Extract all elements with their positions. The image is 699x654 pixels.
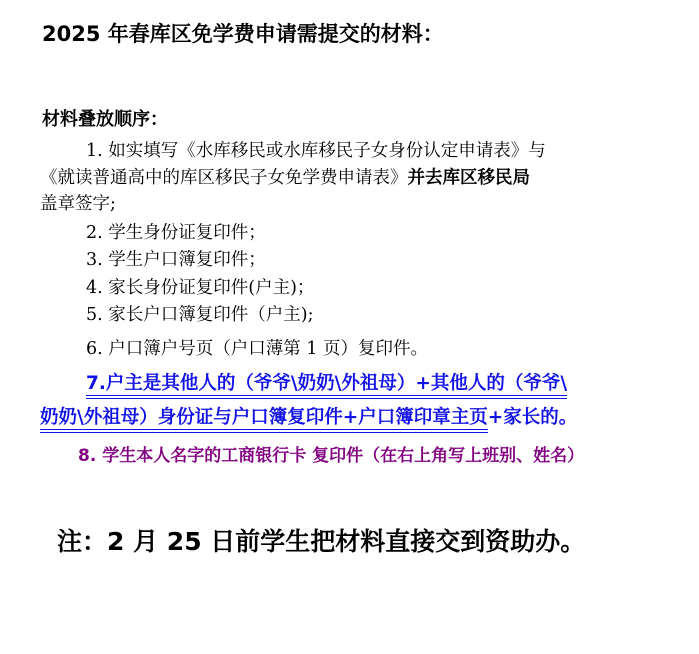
item-7-line-1-underlined: 7.户主是其他人的（爷爷\奶奶\外祖母）+其他人的（爷爷\ xyxy=(86,373,567,399)
stacking-order-heading: 材料叠放顺序： xyxy=(42,105,168,131)
item-2: 2. 学生身份证复印件； xyxy=(86,219,266,244)
item-1-line-2: 《就读普通高中的库区移民子女免学费申请表》并去库区移民局 xyxy=(40,164,530,189)
document-page: 2025 年春库区免学费申请需提交的材料： 材料叠放顺序： 1. 如实填写《水库… xyxy=(0,0,699,654)
item-7-line-1: 7.户主是其他人的（爷爷\奶奶\外祖母）+其他人的（爷爷\ xyxy=(86,369,567,395)
document-title: 2025 年春库区免学费申请需提交的材料： xyxy=(42,18,444,48)
item-5: 5. 家长户口簿复印件（户主); xyxy=(86,301,313,326)
item-1-stamp-note: 并去库区移民局 xyxy=(408,168,531,188)
item-6: 6. 户口簿户号页（户口薄第 1 页）复印件。 xyxy=(86,335,428,360)
item-1-forms: 《就读普通高中的库区移民子女免学费申请表》 xyxy=(40,168,408,188)
item-7-line-2: 奶奶\外祖母）身份证与户口簿复印件+户口簿印章主页+家长的。 xyxy=(40,403,577,429)
item-8: 8. 学生本人名字的工商银行卡 复印件（在右上角写上班别、姓名） xyxy=(78,441,584,466)
item-7-line-2-underlined: 奶奶\外祖母）身份证与户口簿复印件+户口簿印章主页 xyxy=(40,407,488,433)
item-3: 3. 学生户口簿复印件； xyxy=(86,246,266,271)
deadline-note: 注：2 月 25 日前学生把材料直接交到资助办。 xyxy=(57,522,585,558)
item-4: 4. 家长身份证复印件(户主)； xyxy=(86,274,314,299)
item-7-line-2-tail: +家长的。 xyxy=(488,407,578,428)
item-1-line-1: 1. 如实填写《水库移民或水库移民子女身份认定申请表》与 xyxy=(86,137,546,162)
item-1-line-3: 盖章签字; xyxy=(40,190,116,215)
